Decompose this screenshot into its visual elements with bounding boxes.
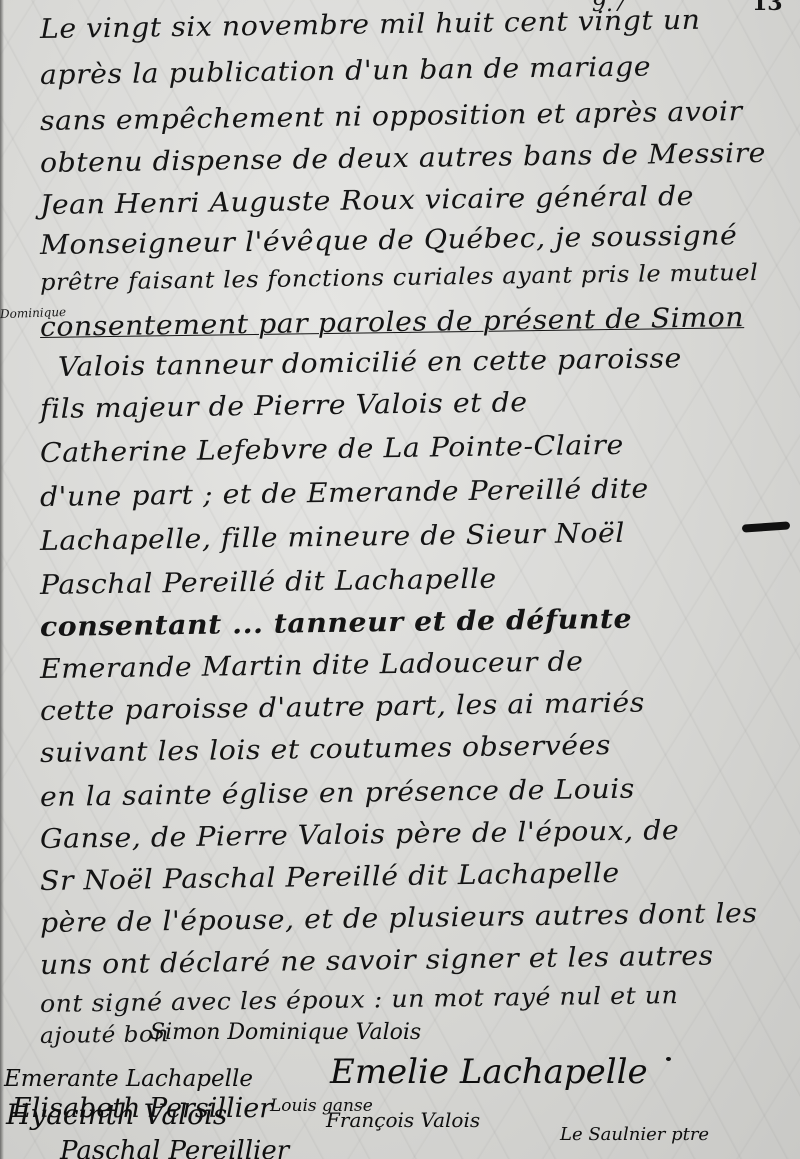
bottom-signatures: [0, 0, 800, 1159]
signature-priest: Le Saulnier ptre: [560, 1124, 709, 1145]
signature: Louis ganse: [270, 1096, 373, 1116]
signature: Elisabeth Persillier: [12, 1093, 272, 1124]
